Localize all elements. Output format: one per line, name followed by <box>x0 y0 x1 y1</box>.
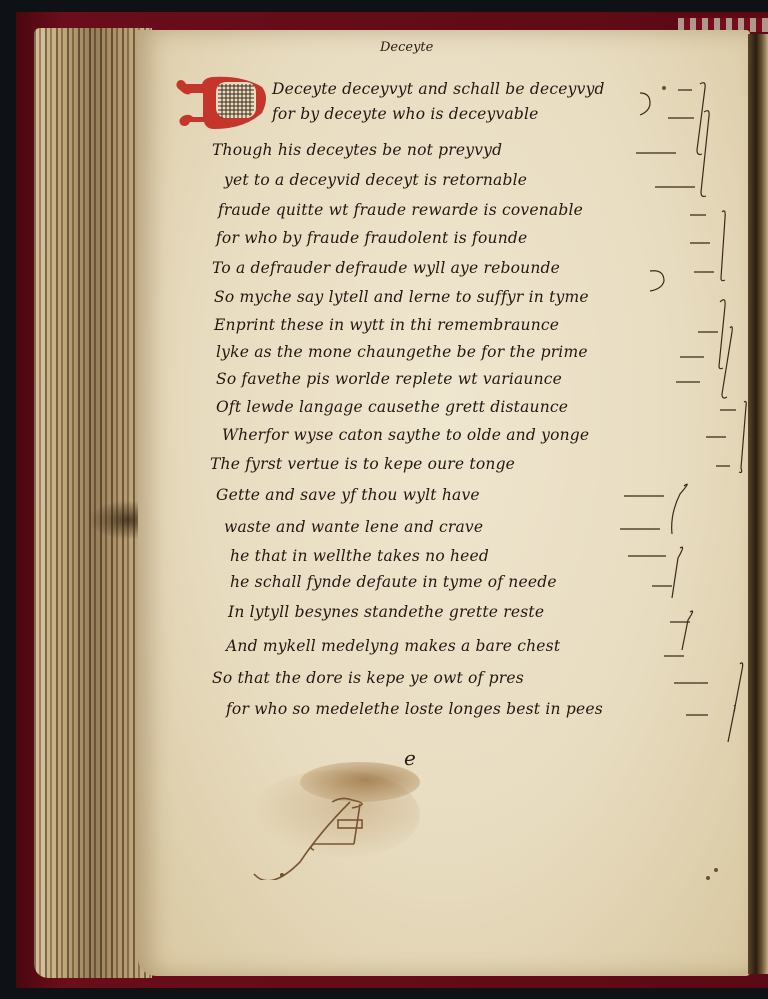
verse-line: And mykell medelyng makes a bare chest <box>226 637 560 655</box>
verse-line: for who so medelethe loste longes best i… <box>226 700 603 718</box>
pen-drawing-icon <box>250 760 420 880</box>
verse-line: In lytyll besynes standethe grette reste <box>228 603 544 621</box>
verse-line: Enprint these in wytt in thi remembraunc… <box>214 316 559 334</box>
verse-line: he schall fynde defaute in tyme of neede <box>230 573 557 591</box>
book-gutter <box>748 34 768 974</box>
verse-line: So favethe pis worlde replete wt variaun… <box>216 370 562 388</box>
catchword-mark: e <box>404 746 416 770</box>
decorated-initial-d-icon <box>172 76 270 134</box>
verse-line: Gette and save yf thou wylt have <box>216 486 480 504</box>
verse-line: The fyrst vertue is to kepe oure tonge <box>210 455 515 473</box>
verse-line: yet to a deceyvid deceyt is retornable <box>224 171 527 189</box>
verse-line: he that in wellthe takes no heed <box>230 547 489 565</box>
verse-line: So that the dore is kepe ye owt of pres <box>212 669 524 687</box>
verse-line: Wherfor wyse caton saythe to olde and yo… <box>222 426 589 444</box>
running-head: Deceyte <box>380 40 433 55</box>
verse-line: for by deceyte who is deceyvable <box>272 105 539 123</box>
verse-line: waste and wante lene and crave <box>224 518 483 536</box>
verse-line: fraude quitte wt fraude rewarde is coven… <box>218 201 583 219</box>
verse-line: for who by fraude fraudolent is founde <box>216 229 527 247</box>
verse-line: Deceyte deceyvyt and schall be deceyvyd <box>272 80 605 98</box>
verse-line: To a defrauder defraude wyll aye rebound… <box>212 259 560 277</box>
verse-line: lyke as the mone chaungethe be for the p… <box>216 343 588 361</box>
verse-line: Oft lewde langage causethe grett distaun… <box>216 398 568 416</box>
verse-line: So myche say lytell and lerne to suffyr … <box>214 288 589 306</box>
verse-line: Though his deceytes be not preyvyd <box>212 141 502 159</box>
